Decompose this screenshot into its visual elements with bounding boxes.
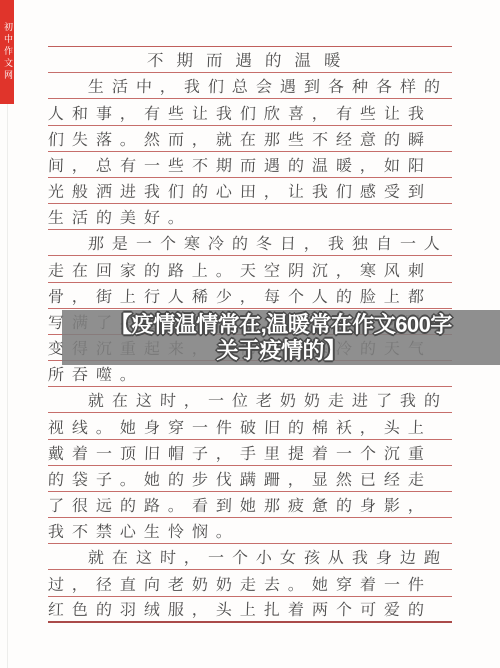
watermark-text: 初中作文网	[2, 22, 12, 82]
essay-row: 那是一个寒冷的冬日，我独自一人	[48, 230, 452, 256]
essay-row-text: 们失落。然而，就在那些不经意的瞬	[48, 127, 432, 150]
essay-row: 就在这时，一位老奶奶走进了我的	[48, 387, 452, 413]
essay-row: 生活中，我们总会遇到各种各样的	[48, 73, 452, 99]
essay-row-text: 红色的羽绒服，头上扎着两个可爱的	[48, 597, 432, 620]
watermark-bar: 初中作文网	[0, 0, 14, 104]
essay-row: 骨，街上行人稀少，每个人的脸上都	[48, 283, 452, 309]
essay-row-text: 骨，街上行人稀少，每个人的脸上都	[48, 284, 432, 307]
essay-row-text: 我不禁心生怜悯。	[48, 519, 240, 542]
essay-row: 我不禁心生怜悯。	[48, 518, 452, 544]
essay-row-text: 就在这时，一位老奶奶走进了我的	[88, 388, 449, 411]
essay-row-text: 了很远的路。看到她那疲惫的身影，	[48, 493, 432, 516]
essay-row: 戴着一顶旧帽子，手里提着一个沉重	[48, 440, 452, 466]
essay-row-text: 间，总有一些不期而遇的温暖，如阳	[48, 153, 432, 176]
essay-row: 生活的美好。	[48, 204, 452, 230]
essay-row-text: 的袋子。她的步伐蹒跚，显然已经走	[48, 467, 432, 490]
essay-row-text: 就在这时，一个小女孩从我身边跑	[88, 545, 449, 568]
essay-row-text: 光般洒进我们的心田，让我们感受到	[48, 179, 432, 202]
title-overlay-banner: 【疫情温情常在,温暖常在作文600字 关于疫情的】	[62, 310, 500, 365]
essay-photo-page: 初中作文网 不期而遇的温暖生活中，我们总会遇到各种各样的人和事，有些让我们欣喜，…	[0, 0, 500, 668]
essay-row-text: 不期而遇的温暖	[146, 47, 353, 71]
essay-row: 间，总有一些不期而遇的温暖，如阳	[48, 152, 452, 178]
essay-row-text: 走在回家的路上。天空阴沉，寒风刺	[48, 258, 432, 281]
essay-row-text: 那是一个寒冷的冬日，我独自一人	[88, 231, 449, 254]
essay-row-text: 视线。她身穿一件破旧的棉袄，头上	[48, 415, 432, 438]
essay-row: 红色的羽绒服，头上扎着两个可爱的	[48, 597, 452, 623]
overlay-title-line1: 【疫情温情常在,温暖常在作文600字	[110, 312, 452, 338]
essay-row: 过，径直向老奶奶走去。她穿着一件	[48, 570, 452, 596]
essay-row: 的袋子。她的步伐蹒跚，显然已经走	[48, 466, 452, 492]
essay-row-text: 过，径直向老奶奶走去。她穿着一件	[48, 572, 432, 595]
essay-row: 们失落。然而，就在那些不经意的瞬	[48, 126, 452, 152]
essay-row: 了很远的路。看到她那疲惫的身影，	[48, 492, 452, 518]
essay-row-text: 生活的美好。	[48, 205, 192, 228]
essay-title-row: 不期而遇的温暖	[48, 47, 452, 73]
overlay-title-line2: 关于疫情的】	[216, 338, 345, 364]
essay-row: 就在这时，一个小女孩从我身边跑	[48, 544, 452, 570]
essay-row: 人和事，有些让我们欣喜，有些让我	[48, 99, 452, 125]
essay-row-text: 人和事，有些让我们欣喜，有些让我	[48, 101, 432, 124]
essay-row-text: 戴着一顶旧帽子，手里提着一个沉重	[48, 441, 432, 464]
essay-row-text: 所吞噬。	[48, 362, 144, 385]
essay-row-text: 生活中，我们总会遇到各种各样的	[88, 74, 449, 97]
essay-row: 光般洒进我们的心田，让我们感受到	[48, 178, 452, 204]
essay-row: 走在回家的路上。天空阴沉，寒风刺	[48, 256, 452, 282]
essay-row: 视线。她身穿一件破旧的棉袄，头上	[48, 413, 452, 439]
